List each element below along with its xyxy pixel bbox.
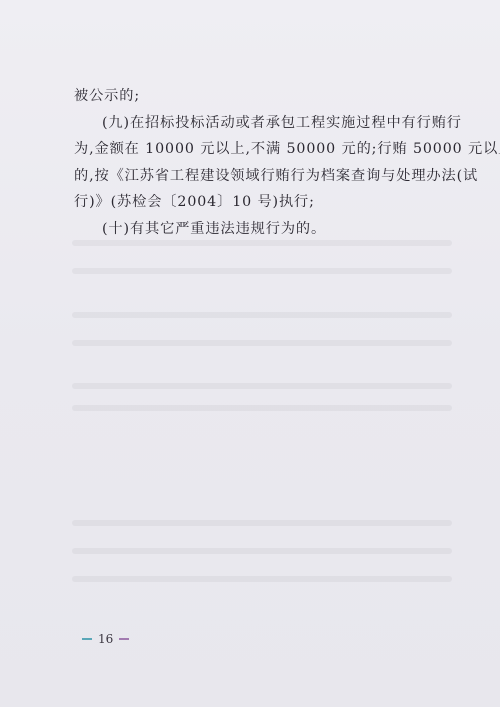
show-through-texture <box>72 268 452 274</box>
show-through-texture <box>72 312 452 318</box>
page-number: 16 <box>82 632 129 646</box>
paragraph-line: 行)》(苏检会〔2004〕10 号)执行; <box>74 189 448 216</box>
show-through-texture <box>72 520 452 526</box>
body-text: 被公示的; (九)在招标投标活动或者承包工程实施过程中有行贿行 为,金额在 10… <box>74 83 448 242</box>
paragraph-line: (九)在招标投标活动或者承包工程实施过程中有行贿行 <box>74 110 448 137</box>
dash-right <box>119 638 129 640</box>
show-through-texture <box>72 548 452 554</box>
show-through-texture <box>72 383 452 389</box>
dash-left <box>82 638 92 640</box>
document-page: 被公示的; (九)在招标投标活动或者承包工程实施过程中有行贿行 为,金额在 10… <box>0 0 500 707</box>
paragraph-line: (十)有其它严重违法违规行为的。 <box>74 216 448 243</box>
show-through-texture <box>72 405 452 411</box>
paragraph-line: 被公示的; <box>74 83 448 110</box>
paragraph-line: 的,按《江苏省工程建设领域行贿行为档案查询与处理办法(试 <box>74 163 448 190</box>
page-number-value: 16 <box>98 632 113 646</box>
show-through-texture <box>72 340 452 346</box>
show-through-texture <box>72 576 452 582</box>
paragraph-line: 为,金额在 10000 元以上,不满 50000 元的;行贿 50000 元以上 <box>74 136 448 163</box>
